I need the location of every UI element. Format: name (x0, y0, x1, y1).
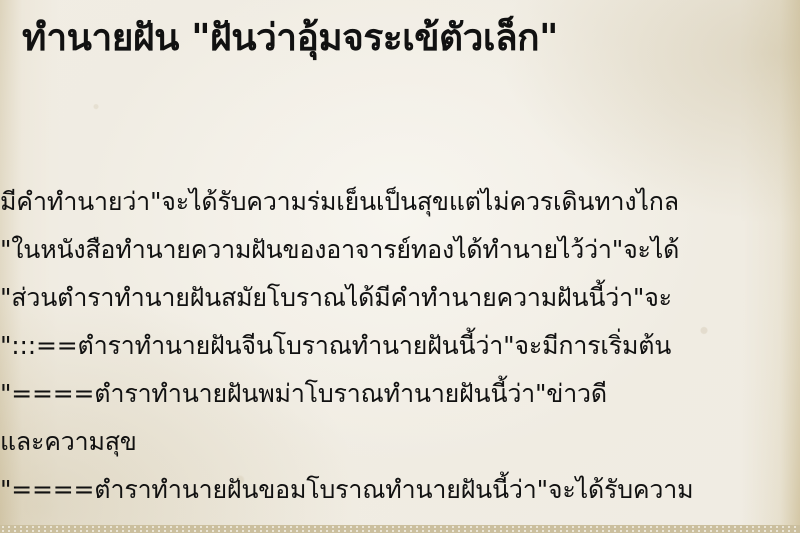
prediction-line-3: "ส่วนตำราทำนายฝันสมัยโบราณได้มีคำทำนายคว… (0, 282, 672, 314)
prediction-line-6: และความสุข (0, 426, 137, 458)
page-title: ทำนายฝัน "ฝันว่าอุ้มจระเข้ตัวเล็ก" (22, 14, 558, 62)
prediction-line-7: "====ตำราทำนายฝันขอมโบราณทำนายฝันนี้ว่า"… (0, 474, 693, 506)
bottom-dotted-border (0, 525, 800, 533)
prediction-line-2: "ในหนังสือทำนายความฝันของอาจารย์ทองได้ทำ… (0, 234, 679, 266)
prediction-line-1: มีคำทำนายว่า"จะได้รับความร่มเย็นเป็นสุขแ… (0, 186, 679, 218)
prediction-line-5: "====ตำราทำนายฝันพม่าโบราณทำนายฝันนี้ว่า… (0, 378, 607, 410)
prediction-line-4: ":::==ตำราทำนายฝันจีนโบราณทำนายฝันนี้ว่า… (0, 330, 671, 362)
